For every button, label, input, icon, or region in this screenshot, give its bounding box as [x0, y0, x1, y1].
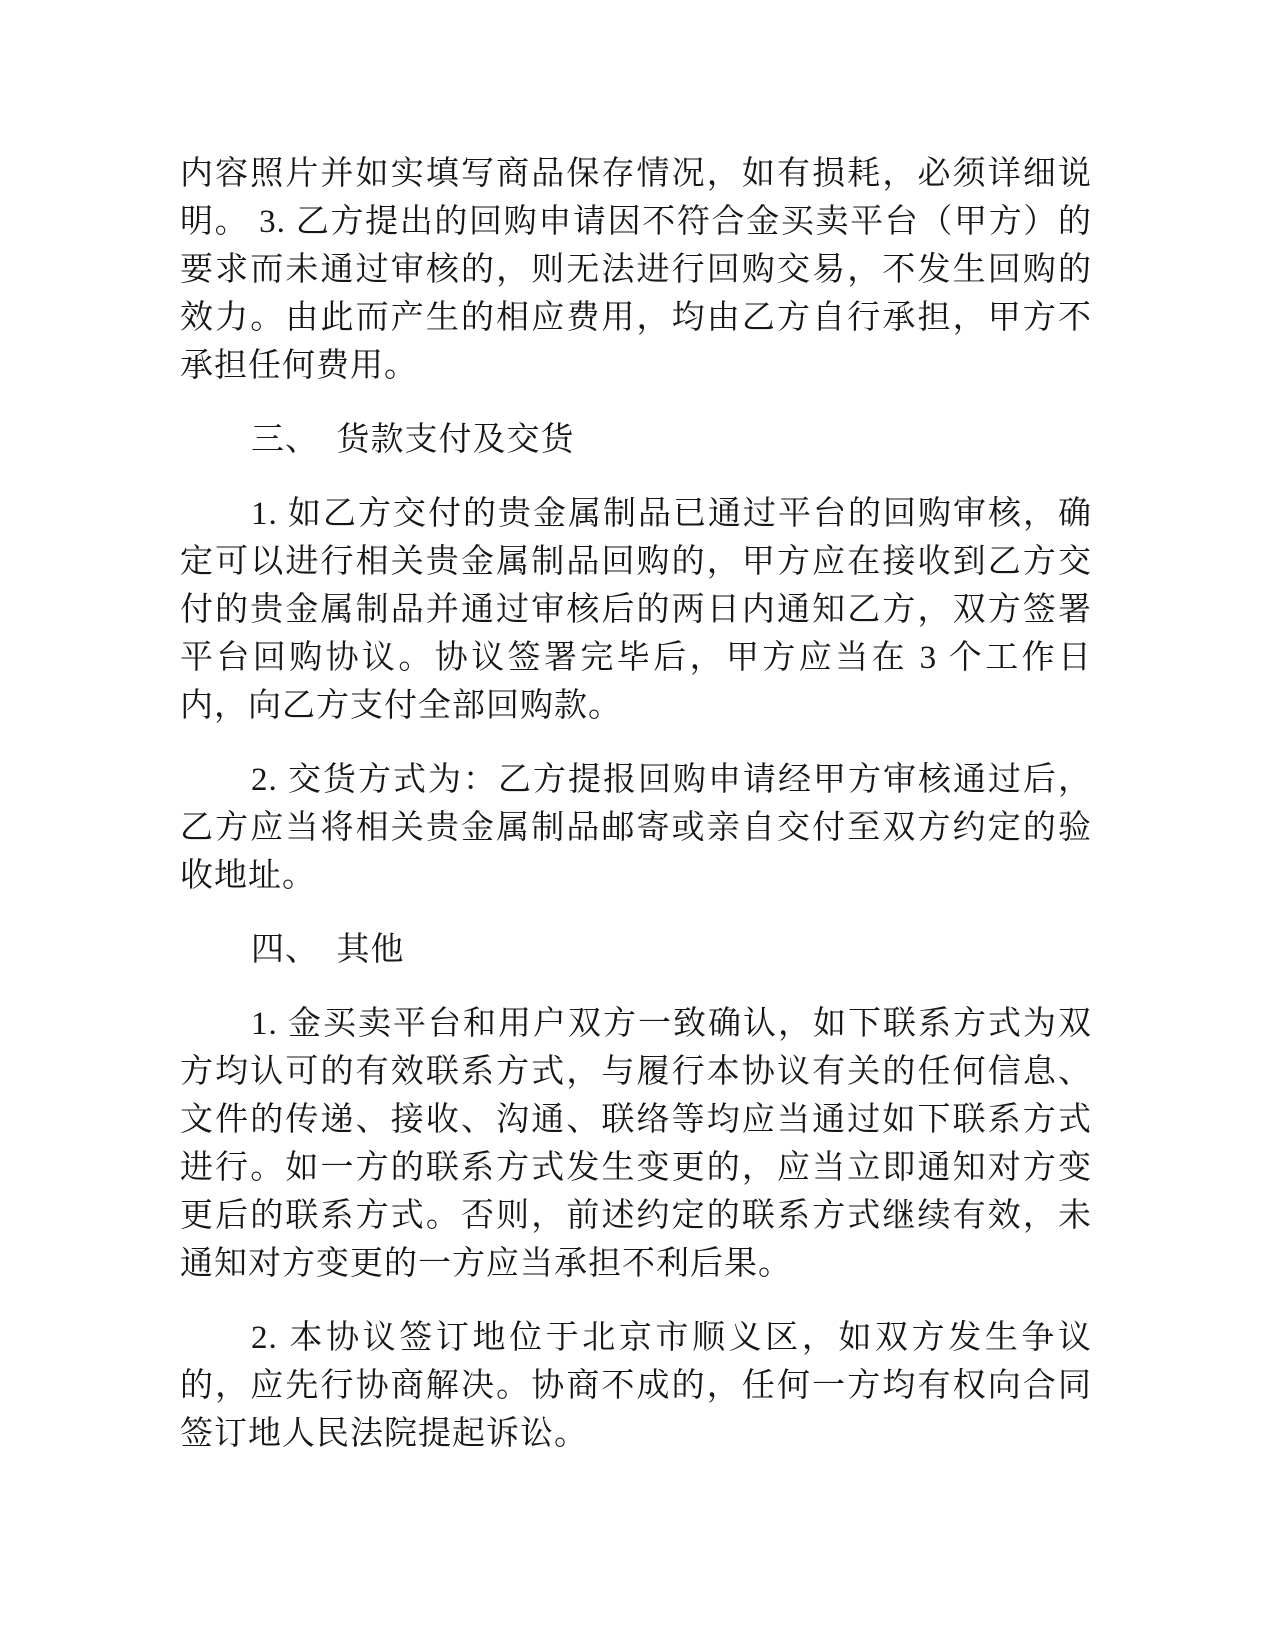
clause-3-2: 2. 交货方式为：乙方提报回购申请经甲方审核通过后，乙方应当将相关贵金属制品邮寄… [180, 756, 1092, 900]
section-heading-4: 四、 其他 [180, 926, 1092, 974]
clause-3-1: 1. 如乙方交付的贵金属制品已通过平台的回购审核，确定可以进行相关贵金属制品回购… [180, 490, 1092, 730]
clause-4-2: 2. 本协议签订地位于北京市顺义区，如双方发生争议的，应先行协商解决。协商不成的… [180, 1314, 1092, 1458]
document-page: 内容照片并如实填写商品保存情况，如有损耗，必须详细说明。 3. 乙方提出的回购申… [0, 0, 1275, 1650]
section-heading-3: 三、 货款支付及交货 [180, 416, 1092, 464]
clause-4-1: 1. 金买卖平台和用户双方一致确认，如下联系方式为双方均认可的有效联系方式，与履… [180, 1000, 1092, 1288]
paragraph-continuation: 内容照片并如实填写商品保存情况，如有损耗，必须详细说明。 3. 乙方提出的回购申… [180, 150, 1092, 390]
document-text-block: 内容照片并如实填写商品保存情况，如有损耗，必须详细说明。 3. 乙方提出的回购申… [180, 150, 1092, 1484]
